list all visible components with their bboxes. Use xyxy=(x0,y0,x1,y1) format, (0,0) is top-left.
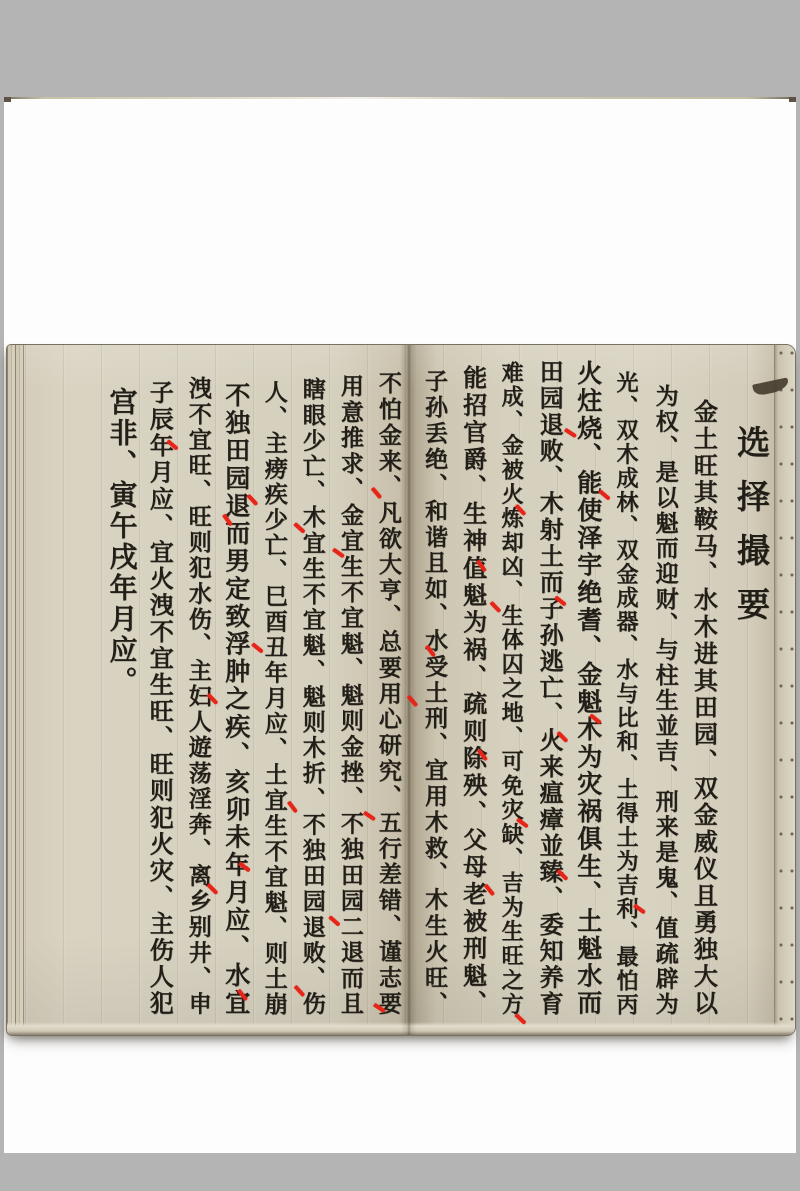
book: 选择撮要金土旺其鞍马、水木进其田园、双金威仪且勇独大以为权、是以魁而迎财、与柱生… xyxy=(6,344,796,1036)
text-column-4: 火炷烧、能使泽宇绝耆、金魁木为灾祸俱生、土魁水而 xyxy=(578,360,605,1017)
text-column-16: 宫非、寅午戌年月应。 xyxy=(111,387,142,697)
red-annotation-mark xyxy=(407,695,419,707)
photo-background: 选择撮要金土旺其鞍马、水木进其田园、双金威仪且勇独大以为权、是以魁而迎财、与柱生… xyxy=(4,97,796,1153)
text-layer: 选择撮要金土旺其鞍马、水木进其田园、双金威仪且勇独大以为权、是以魁而迎财、与柱生… xyxy=(6,344,796,1036)
text-column-7: 能招官爵、生神值魁为祸、疏则除殃、父母老被刑魁、 xyxy=(463,365,490,1017)
text-column-8: 子孙丢绝、和谐且如、水受土刑、宜用木救、木生火旺、 xyxy=(425,369,451,1017)
photo-corner-mark-left xyxy=(4,97,11,102)
title-column: 选择撮要 xyxy=(721,425,775,641)
text-column-11: 瞎眼少亡、木宜生不宜魁、魁则木折、不独田园退败、伤 xyxy=(303,377,329,1017)
photo-corner-mark-right xyxy=(789,97,796,102)
text-column-12: 人、主痨疾少亡、巳酉丑年月应、土宜生不宜魁、则土崩 xyxy=(265,380,290,1017)
text-column-13: 不独田园退而男定致浮肿之疾、亥卯未年月应、水宜 xyxy=(226,382,254,1017)
text-column-3: 光、双木成林、双金成器、水与比和、土得土为吉利、最怕丙 xyxy=(618,371,642,1017)
text-column-5: 田园退败、木射土而子孙逃亡、火来瘟瘴並臻、委知养育 xyxy=(541,359,567,1017)
screenshot-root: { "image_type": "photograph of an open h… xyxy=(0,0,800,1191)
text-column-6: 难成、金被火炼却凶、生体囚之地、可免灾缺、吉为生旺之方 xyxy=(503,361,527,1017)
text-column-2: 为权、是以魁而迎财、与柱生並吉、刑来是鬼、值疏辟为 xyxy=(656,384,681,1017)
text-column-10: 用意推求、金宜生不宜魁、魁则金挫、不独田园二退而且 xyxy=(341,374,367,1017)
photo-top-edge-line xyxy=(4,97,796,99)
text-column-9: 不怕金来、凡欲大亨、总要用心研究、五行差错、谨志要 xyxy=(379,371,405,1017)
text-column-15: 子辰年月应、宜火洩不宜生旺、旺则犯火灾、主伤人犯 xyxy=(151,380,178,1017)
text-column-1: 金土旺其鞍马、水木进其田园、双金威仪且勇独大以 xyxy=(695,399,722,1017)
